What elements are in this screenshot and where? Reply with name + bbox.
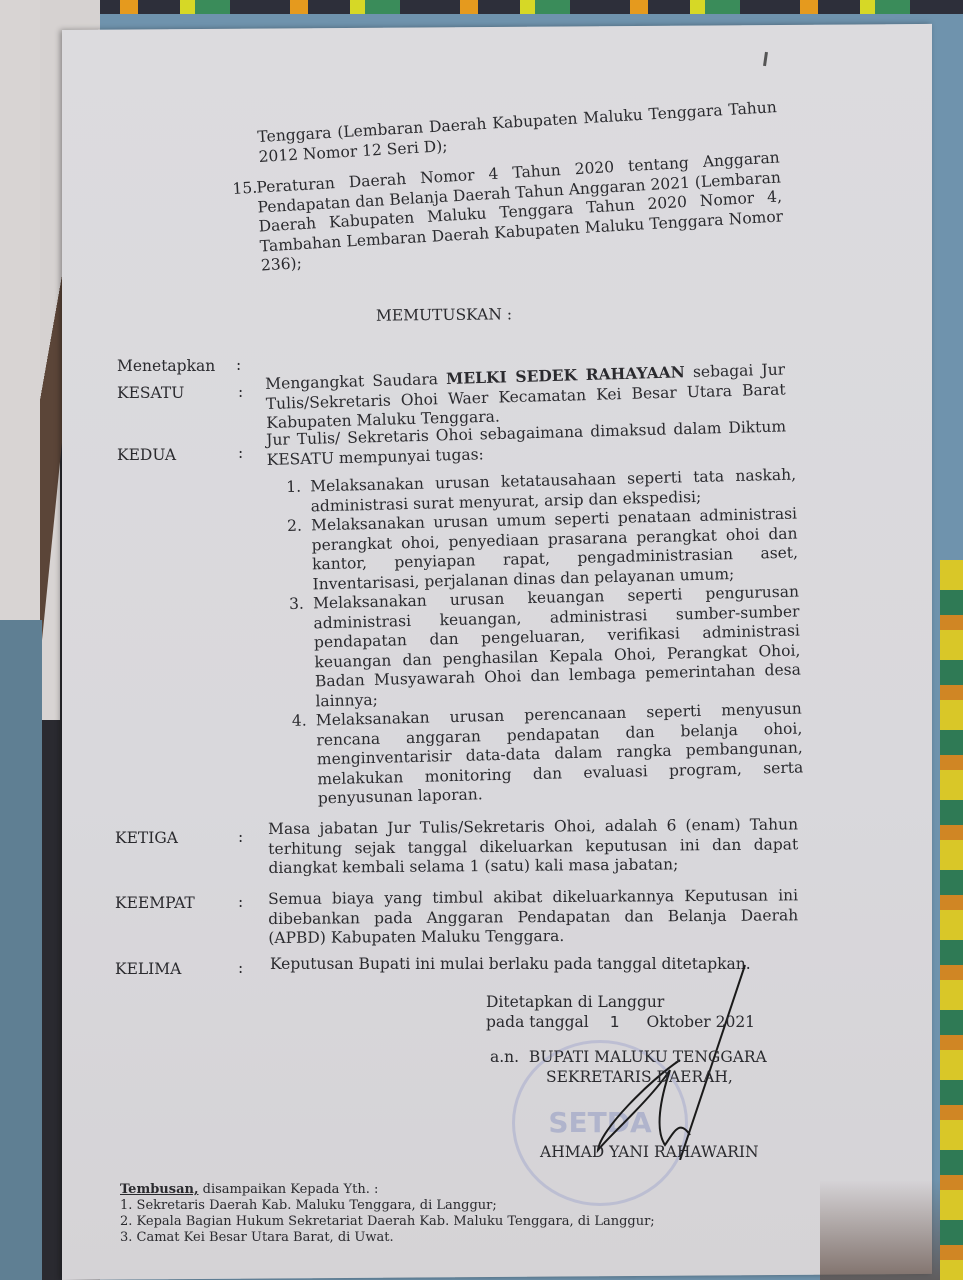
tembusan-item: 2. Kepala Bagian Hukum Sekretariat Daera…: [120, 1214, 720, 1230]
keempat-text: Semua biaya yang timbul akibat dikeluark…: [268, 886, 798, 948]
duty-number: 2.: [287, 516, 313, 595]
duty-number: 4.: [292, 711, 318, 809]
duty-item: 4. Melaksanakan urusan perencanaan seper…: [292, 699, 804, 809]
place-of-issue: Ditetapkan di Langgur: [486, 993, 786, 1013]
ketiga-text: Masa jabatan Jur Tulis/Sekretaris Ohoi, …: [268, 815, 798, 878]
duty-text: Melaksanakan urusan umum seperti penataa…: [311, 505, 799, 595]
duty-item: 2. Melaksanakan urusan umum seperti pena…: [287, 505, 799, 595]
keempat-label: KEEMPAT: [115, 894, 195, 914]
kedua-duties-list: 1. Melaksanakan urusan ketatausahaan sep…: [286, 466, 804, 810]
ketiga-colon: :: [238, 828, 243, 848]
tembusan-suffix: disampaikan Kepada Yth. :: [198, 1182, 378, 1197]
kelima-colon: :: [238, 959, 243, 979]
tembusan-item: 3. Camat Kei Besar Utara Barat, di Uwat.: [120, 1230, 720, 1246]
date-day: 1: [610, 1013, 620, 1033]
decree-document: Tenggara (Lembaran Daerah Kabupaten Malu…: [0, 0, 963, 1280]
tembusan-heading: Tembusan, disampaikan Kepada Yth. :: [120, 1182, 720, 1198]
duty-text: Melaksanakan urusan perencanaan seperti …: [316, 699, 804, 808]
date-of-issue: pada tanggal 1 Oktober 2021: [486, 1013, 786, 1033]
menetapkan-colon: :: [236, 356, 241, 376]
duty-number: 1.: [286, 477, 311, 517]
preamble-item-15: 15. Peraturan Daerah Nomor 4 Tahun 2020 …: [232, 148, 785, 277]
kesatu-label: KESATU: [117, 384, 184, 404]
date-month-year: Oktober 2021: [647, 1013, 756, 1031]
kedua-label: KEDUA: [117, 446, 176, 466]
date-prefix: pada tanggal: [486, 1013, 589, 1031]
kelima-label: KELIMA: [115, 960, 181, 980]
keempat-colon: :: [238, 893, 243, 913]
on-behalf-line: a.n. BUPATI MALUKU TENGGARA: [490, 1048, 786, 1068]
tembusan-item: 1. Sekretaris Daerah Kab. Maluku Tenggar…: [120, 1198, 720, 1214]
kesatu-colon: :: [238, 383, 243, 403]
tembusan-label: Tembusan,: [120, 1182, 198, 1197]
signatory-position: SEKRETARIS DAERAH,: [546, 1068, 786, 1088]
signatory-name: AHMAD YANI RAHAWARIN: [540, 1143, 786, 1163]
ketiga-label: KETIGA: [115, 829, 178, 849]
decision-heading: MEMUTUSKAN :: [376, 305, 512, 326]
duty-text: Melaksanakan urusan keuangan seperti pen…: [313, 583, 802, 712]
signature-block: Ditetapkan di Langgur pada tanggal 1 Okt…: [486, 993, 786, 1163]
duty-item: 3. Melaksanakan urusan keuangan seperti …: [289, 583, 802, 712]
kedua-colon: :: [238, 444, 243, 464]
preamble-item-text: Peraturan Daerah Nomor 4 Tahun 2020 tent…: [256, 148, 785, 276]
duty-number: 3.: [289, 594, 316, 712]
menetapkan-label: Menetapkan: [117, 357, 215, 377]
tembusan-section: Tembusan, disampaikan Kepada Yth. : 1. S…: [120, 1182, 720, 1246]
